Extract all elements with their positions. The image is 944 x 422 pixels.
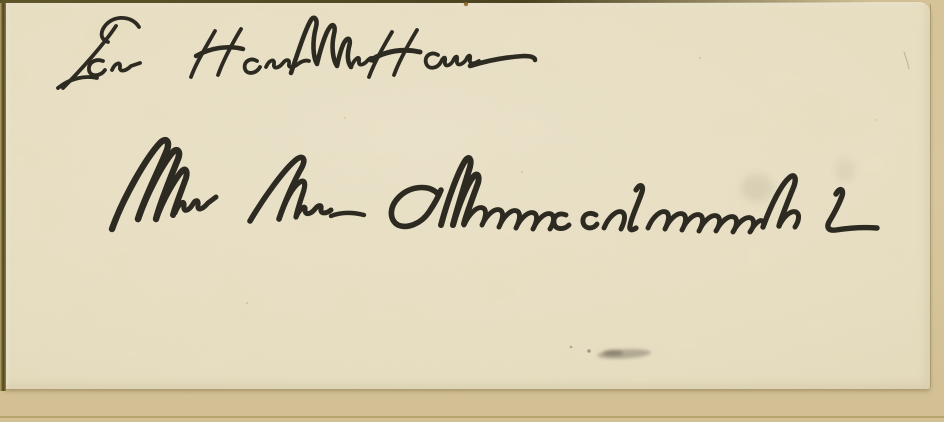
foxing-speck	[875, 119, 877, 121]
faint-ink-blot	[835, 158, 855, 182]
smudge-dot	[570, 346, 573, 349]
smudge-core	[603, 350, 623, 356]
rust-dot	[464, 2, 468, 6]
scan-artwork: Handwritten inscription: For Hon Mr Howe…	[0, 0, 944, 422]
faint-ink-blot	[741, 174, 773, 202]
foxing-speck	[246, 302, 248, 304]
autograph-card-scan: Handwritten inscription: For Hon Mr Howe…	[0, 0, 944, 422]
foxing-speck	[521, 171, 523, 173]
smudge-dot	[587, 349, 591, 353]
foxing-speck	[699, 57, 701, 59]
foxing-speck	[344, 117, 346, 119]
